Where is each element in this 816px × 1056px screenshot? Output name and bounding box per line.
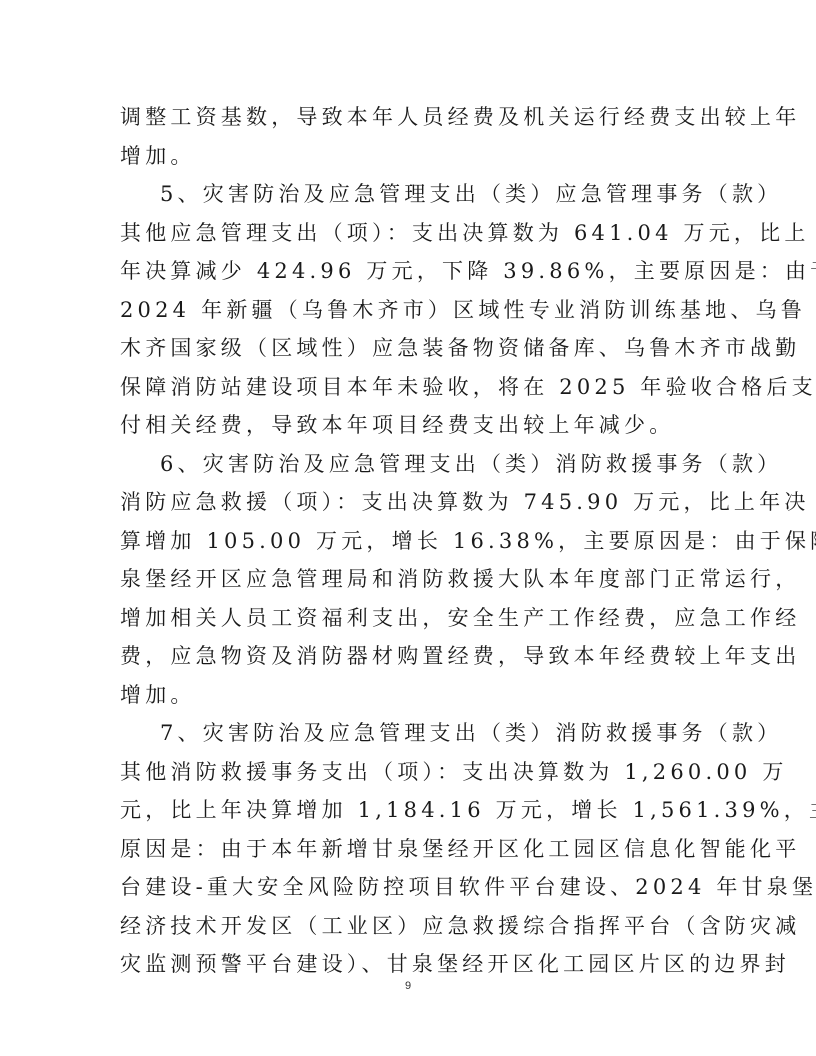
- text-line: 灾监测预警平台建设）、甘泉堡经开区化工园区片区的边界封: [120, 945, 700, 984]
- text-line: 2024 年新疆（乌鲁木齐市）区域性专业消防训练基地、乌鲁: [120, 291, 700, 330]
- text-line: 增加。: [120, 137, 700, 176]
- text-line: 费，应急物资及消防器材购置经费，导致本年经费较上年支出: [120, 637, 700, 676]
- text-line: 6、灾害防治及应急管理支出（类）消防救援事务（款）: [120, 445, 700, 484]
- text-line: 其他消防救援事务支出（项）：支出决算数为 1,260.00 万: [120, 753, 700, 792]
- text-line: 调整工资基数，导致本年人员经费及机关运行经费支出较上年: [120, 98, 700, 137]
- text-line: 经济技术开发区（工业区）应急救援综合指挥平台（含防灾减: [120, 907, 700, 946]
- text-line: 7、灾害防治及应急管理支出（类）消防救援事务（款）: [120, 714, 700, 753]
- text-line: 原因是：由于本年新增甘泉堡经开区化工园区信息化智能化平: [120, 830, 700, 869]
- text-line: 增加。: [120, 676, 700, 715]
- text-line: 泉堡经开区应急管理局和消防救援大队本年度部门正常运行，: [120, 560, 700, 599]
- text-line: 台建设-重大安全风险防控项目软件平台建设、2024 年甘泉堡: [120, 868, 700, 907]
- page-number: 9: [0, 980, 816, 992]
- text-line: 增加相关人员工资福利支出，安全生产工作经费，应急工作经: [120, 599, 700, 638]
- document-page: 调整工资基数，导致本年人员经费及机关运行经费支出较上年 增加。 5、灾害防治及应…: [0, 0, 816, 1056]
- text-line: 5、灾害防治及应急管理支出（类）应急管理事务（款）: [120, 175, 700, 214]
- text-line: 算增加 105.00 万元，增长 16.38%，主要原因是：由于保障甘: [120, 522, 700, 561]
- text-line: 元，比上年决算增加 1,184.16 万元，增长 1,561.39%，主要: [120, 791, 700, 830]
- text-line: 木齐国家级（区域性）应急装备物资储备库、乌鲁木齐市战勤: [120, 329, 700, 368]
- text-line: 其他应急管理支出（项）：支出决算数为 641.04 万元，比上: [120, 214, 700, 253]
- document-body: 调整工资基数，导致本年人员经费及机关运行经费支出较上年 增加。 5、灾害防治及应…: [120, 98, 700, 984]
- text-line: 保障消防站建设项目本年未验收，将在 2025 年验收合格后支: [120, 368, 700, 407]
- text-line: 年决算减少 424.96 万元，下降 39.86%，主要原因是：由于: [120, 252, 700, 291]
- text-line: 消防应急救援（项）：支出决算数为 745.90 万元，比上年决: [120, 483, 700, 522]
- text-line: 付相关经费，导致本年项目经费支出较上年减少。: [120, 406, 700, 445]
